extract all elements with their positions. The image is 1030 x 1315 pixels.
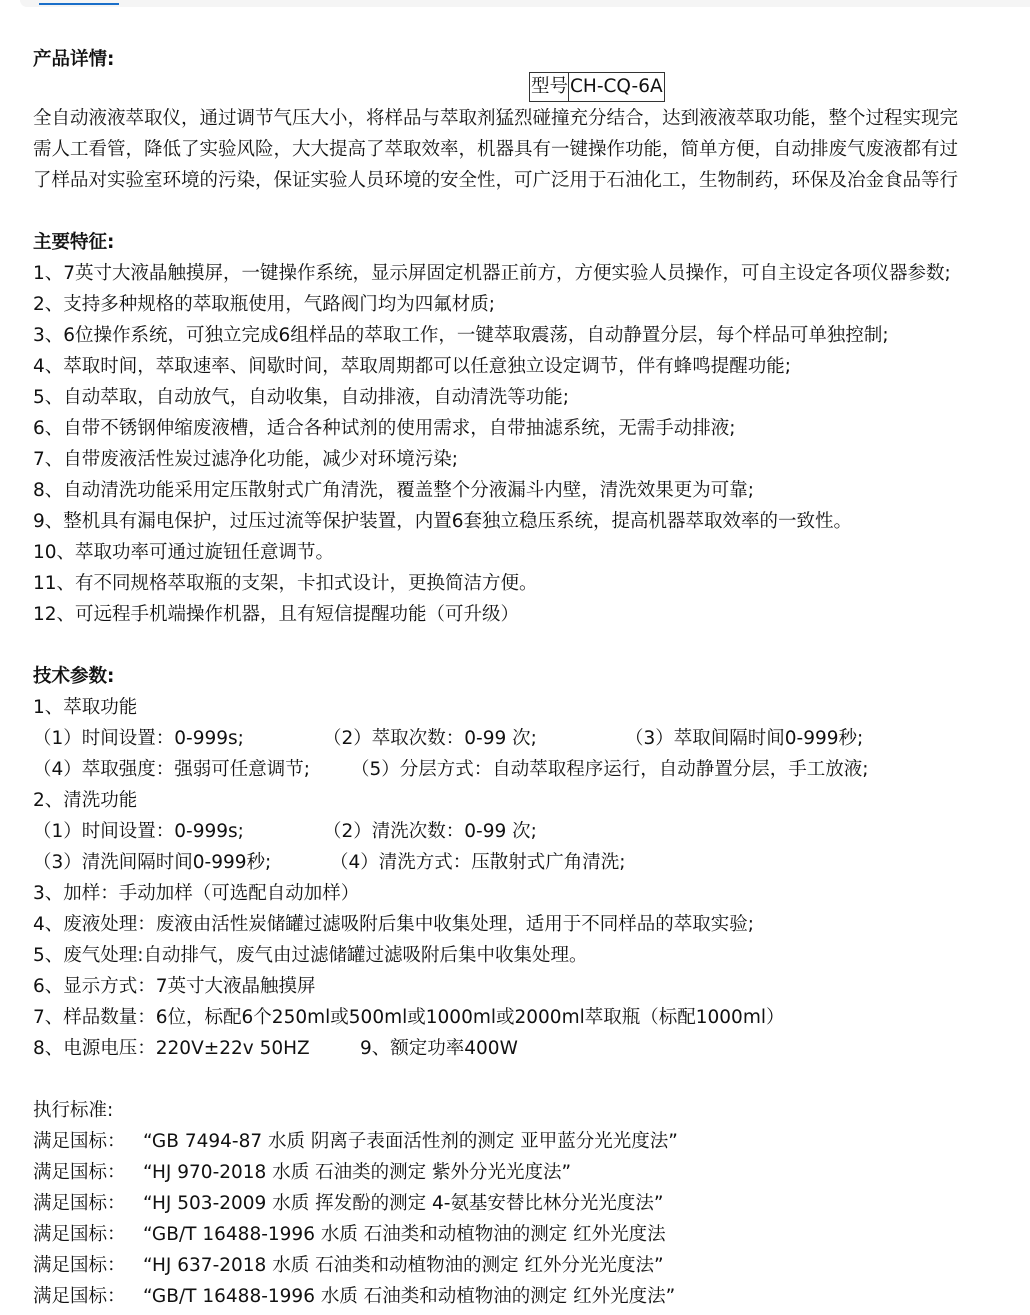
feature-item: 8、自动清洗功能采用定压散射式广角清洗，覆盖整个分液漏斗内壁，清洗效果更为可靠; xyxy=(33,475,754,506)
description-line: 需人工看管，降低了实验风险，大大提高了萃取效率，机器具有一键操作功能，简单方便，… xyxy=(33,134,958,165)
extraction-count: （2）萃取次数：0-99 次; xyxy=(323,723,537,754)
description-line: 全自动液液萃取仪，通过调节气压大小，将样品与萃取剂猛烈碰撞充分结合，达到液液萃取… xyxy=(33,103,958,134)
extraction-interval: （3）萃取间隔时间0-999秒; xyxy=(625,723,863,754)
standard-item: 满足国标： “GB/T 16488-1996 水质 石油类和动植物油的测定 红外… xyxy=(33,1219,126,1250)
standard-item: 满足国标： “HJ 503-2009 水质 挥发酚的测定 4-氨基安替比林分光光… xyxy=(33,1188,126,1219)
feature-item: 2、支持多种规格的萃取瓶使用，气路阀门均为四氟材质; xyxy=(33,289,495,320)
standard-label: 满足国标： xyxy=(33,1286,126,1307)
description-line: 了样品对实验室环境的污染，保证实验人员环境的安全性，可广泛用于石油化工，生物制药… xyxy=(33,165,958,196)
model-row: 型号 CH-CQ-6A xyxy=(530,73,665,102)
standard-label: 满足国标： xyxy=(33,1162,126,1183)
tech-params-heading: 技术参数: xyxy=(33,661,114,692)
tech-param-item: 6、显示方式：7英寸大液晶触摸屏 xyxy=(33,971,316,1002)
feature-item: 12、可远程手机端操作机器，且有短信提醒功能（可升级） xyxy=(33,599,519,630)
feature-item: 10、萃取功率可通过旋钮任意调节。 xyxy=(33,537,334,568)
features-heading: 主要特征: xyxy=(33,227,114,258)
cleaning-count: （2）清洗次数：0-99 次; xyxy=(323,816,537,847)
standard-item: 满足国标： “HJ 637-2018 水质 石油类和动植物油的测定 红外分光光度… xyxy=(33,1250,126,1281)
cleaning-time-setting: （1）时间设置：0-999s; xyxy=(33,816,244,847)
standard-name: “HJ 637-2018 水质 石油类和动植物油的测定 红外分光光度法” xyxy=(143,1250,664,1281)
standard-label: 满足国标： xyxy=(33,1224,126,1245)
feature-item: 11、有不同规格萃取瓶的支架，卡扣式设计，更换简洁方便。 xyxy=(33,568,538,599)
cleaning-method: （4）清洗方式：压散射式广角清洗; xyxy=(330,847,626,878)
model-label: 型号 xyxy=(530,73,569,102)
tech-param-item: 4、废液处理：废液由活性炭储罐过滤吸附后集中收集处理，适用于不同样品的萃取实验; xyxy=(33,909,754,940)
feature-item: 1、7英寸大液晶触摸屏，一键操作系统，显示屏固定机器正前方，方便实验人员操作，可… xyxy=(33,258,951,289)
feature-item: 4、萃取时间，萃取速率、间歇时间，萃取周期都可以任意独立设定调节，伴有蜂鸣提醒功… xyxy=(33,351,791,382)
feature-item: 5、自动萃取，自动放气，自动收集，自动排液，自动清洗等功能; xyxy=(33,382,569,413)
feature-item: 6、自带不锈钢伸缩废液槽，适合各种试剂的使用需求，自带抽滤系统，无需手动排液; xyxy=(33,413,736,444)
feature-item: 9、整机具有漏电保护，过压过流等保护装置，内置6套独立稳压系统，提高机器萃取效率… xyxy=(33,506,852,537)
feature-item: 7、自带废液活性炭过滤净化功能，减少对环境污染; xyxy=(33,444,458,475)
standard-item: 满足国标： “GB/T 16488-1996 水质 石油类和动植物油的测定 红外… xyxy=(33,1281,126,1312)
standard-item: 满足国标： “GB 7494-87 水质 阴离子表面活性剂的测定 亚甲蓝分光光度… xyxy=(33,1126,126,1157)
cleaning-interval: （3）清洗间隔时间0-999秒; xyxy=(33,847,271,878)
cleaning-function-title: 2、清洗功能 xyxy=(33,785,137,816)
product-details-heading: 产品详情: xyxy=(33,44,114,75)
standard-name: “HJ 503-2009 水质 挥发酚的测定 4-氨基安替比林分光光度法” xyxy=(143,1188,664,1219)
layering-method: （5）分层方式：自动萃取程序运行，自动静置分层，手工放液; xyxy=(351,754,869,785)
model-value: CH-CQ-6A xyxy=(569,73,665,102)
tech-param-item: 7、样品数量：6位，标配6个250ml或500ml或1000ml或2000ml萃… xyxy=(33,1002,784,1033)
standard-label: 满足国标： xyxy=(33,1131,126,1152)
standard-name: “GB 7494-87 水质 阴离子表面活性剂的测定 亚甲蓝分光光度法” xyxy=(143,1126,678,1157)
standard-label: 满足国标： xyxy=(33,1193,126,1214)
active-tab-indicator[interactable] xyxy=(39,3,119,5)
standards-heading: 执行标准: xyxy=(33,1095,113,1126)
power-voltage: 8、电源电压：220V±22v 50HZ xyxy=(33,1033,310,1064)
rated-power: 9、额定功率400W xyxy=(360,1033,518,1064)
top-tab-bar xyxy=(20,0,1030,7)
tech-param-item: 3、加样：手动加样（可选配自动加样） xyxy=(33,878,359,909)
standard-name: “GB/T 16488-1996 水质 石油类和动植物油的测定 红外光度法” xyxy=(143,1281,675,1312)
standard-item: 满足国标： “HJ 970-2018 水质 石油类的测定 紫外分光光度法” xyxy=(33,1157,126,1188)
feature-item: 3、6位操作系统，可独立完成6组样品的萃取工作，一键萃取震荡，自动静置分层，每个… xyxy=(33,320,889,351)
standard-label: 满足国标： xyxy=(33,1255,126,1276)
extraction-intensity: （4）萃取强度：强弱可任意调节; xyxy=(33,754,310,785)
standard-name: “GB/T 16488-1996 水质 石油类和动植物油的测定 红外光度法 xyxy=(143,1219,666,1250)
extraction-time-setting: （1）时间设置：0-999s; xyxy=(33,723,244,754)
model-table: 型号 CH-CQ-6A xyxy=(529,72,665,102)
standard-name: “HJ 970-2018 水质 石油类的测定 紫外分光光度法” xyxy=(143,1157,571,1188)
tech-param-item: 5、废气处理:自动排气，废气由过滤储罐过滤吸附后集中收集处理。 xyxy=(33,940,588,971)
extraction-function-title: 1、萃取功能 xyxy=(33,692,137,723)
